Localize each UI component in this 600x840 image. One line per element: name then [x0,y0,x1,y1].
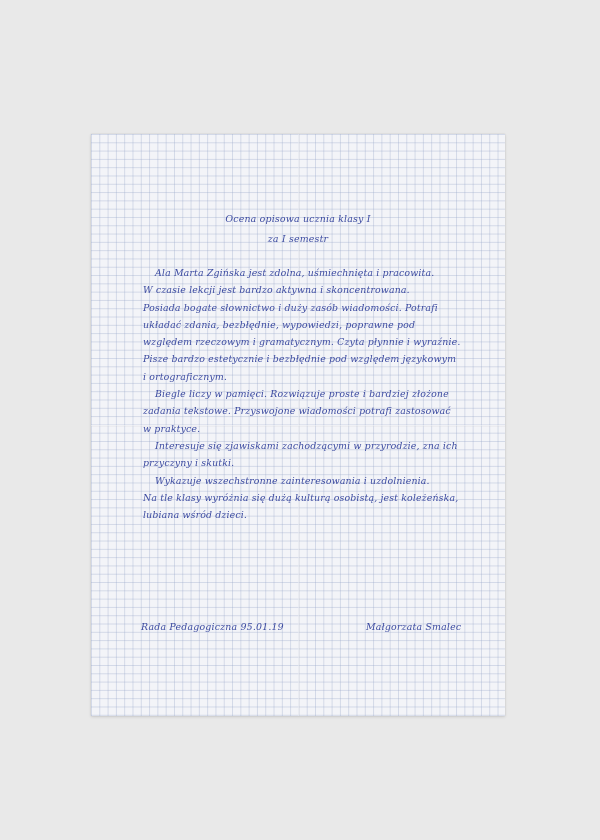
text-line: lubiana wśród dzieci. [143,507,460,524]
handwritten-body: Ala Marta Zgińska jest zdolna, uśmiechni… [143,265,460,524]
teacher-signature: Małgorzata Smalec [366,622,461,633]
text-line: Pisze bardzo estetycznie i bezbłędnie po… [143,351,460,368]
council-date: Rada Pedagogiczna 95.01.19 [141,622,284,633]
text-line: i ortograficznym. [143,369,460,386]
document-title: Ocena opisowa ucznia klasy I [91,214,505,225]
text-line: Na tle klasy wyróżnia się dużą kulturą o… [143,490,460,507]
text-line: Posiada bogate słownictwo i duży zasób w… [143,300,460,317]
text-line: względem rzeczowym i gramatycznym. Czyta… [143,334,460,351]
text-line: Wykazuje wszechstronne zainteresowania i… [143,473,460,490]
text-line: Interesuje się zjawiskami zachodzącymi w… [143,438,460,455]
text-line: w praktyce. [143,421,460,438]
text-line: Biegle liczy w pamięci. Rozwiązuje prost… [143,386,460,403]
text-line: Ala Marta Zgińska jest zdolna, uśmiechni… [143,265,460,282]
text-line: przyczyny i skutki. [143,455,460,472]
grid-paper-sheet: Ocena opisowa ucznia klasy I za I semest… [91,134,505,716]
text-line: W czasie lekcji jest bardzo aktywna i sk… [143,282,460,299]
text-line: układać zdania, bezbłędnie, wypowiedzi, … [143,317,460,334]
text-line: zadania tekstowe. Przyswojone wiadomości… [143,403,460,420]
document-subtitle: za I semestr [91,234,505,245]
